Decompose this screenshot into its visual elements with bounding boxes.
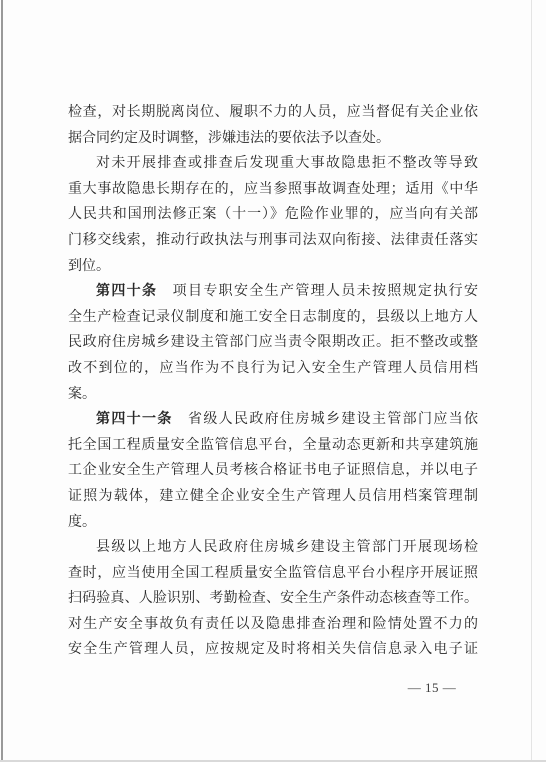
text-line: 全生产检查记录仪制度和施工安全日志制度的，县级以上地方人 xyxy=(68,305,478,331)
text-line: 度。 xyxy=(68,510,478,536)
text-line: 对未开展排查或排查后发现重大事故隐患拒不整改等导致 xyxy=(68,151,478,177)
text-line: 据合同约定及时调整，涉嫌违法的要依法予以查处。 xyxy=(68,126,478,152)
text-line: 改不到位的，应当作为不良行为记入安全生产管理人员信用档 xyxy=(68,356,478,382)
text-line: 第四十条 项目专职安全生产管理人员未按照规定执行安 xyxy=(68,279,478,305)
scan-edge-left-line xyxy=(1,0,3,762)
text-line: 检查，对长期脱离岗位、履职不力的人员，应当督促有关企业依 xyxy=(68,100,478,126)
text-line: 县级以上地方人民政府住房城乡建设主管部门开展现场检 xyxy=(68,535,478,561)
article-41-number: 第四十一条 xyxy=(96,412,173,427)
text-line: 案。 xyxy=(68,382,478,408)
text-line: 托全国工程质量安全监管信息平台，全量动态更新和共享建筑施 xyxy=(68,433,478,459)
scan-edge-right-line xyxy=(531,0,532,762)
text-line: 查时，应当使用全国工程质量安全监管信息平台小程序开展证照 xyxy=(68,561,478,587)
article-line-text: 项目专职安全生产管理人员未按照规定执行安 xyxy=(157,284,478,299)
document-body-text: 检查，对长期脱离岗位、履职不力的人员，应当督促有关企业依 据合同约定及时调整，涉… xyxy=(68,100,478,663)
document-page: { "page": { "page_number": "— 15 —" }, "… xyxy=(0,0,546,762)
text-line: 扫码验真、人脸识别、考勤检查、安全生产条件动态核查等工作。 xyxy=(68,586,478,612)
article-line-text: 省级人民政府住房城乡建设主管部门应当依 xyxy=(173,412,478,427)
text-line: 门移交线索，推动行政执法与刑事司法双向衔接、法律责任落实 xyxy=(68,228,478,254)
text-line: 安全生产管理人员，应按规定及时将相关失信信息录入电子证 xyxy=(68,637,478,663)
article-40-number: 第四十条 xyxy=(96,284,157,299)
text-line: 民政府住房城乡建设主管部门应当责令限期改正。拒不整改或整 xyxy=(68,330,478,356)
text-line: 重大事故隐患长期存在的，应当参照事故调查处理；适用《中华 xyxy=(68,177,478,203)
text-line: 到位。 xyxy=(68,254,478,280)
page-number: — 15 — xyxy=(398,680,466,696)
text-line: 人民共和国刑法修正案（十一）》危险作业罪的，应当向有关部 xyxy=(68,202,478,228)
text-line: 对生产安全事故负有责任以及隐患排查治理和险情处置不力的 xyxy=(68,612,478,638)
text-line: 证照为载体，建立健全企业安全生产管理人员信用档案管理制 xyxy=(68,484,478,510)
text-line: 第四十一条 省级人民政府住房城乡建设主管部门应当依 xyxy=(68,407,478,433)
text-line: 工企业安全生产管理人员考核合格证书电子证照信息，并以电子 xyxy=(68,458,478,484)
